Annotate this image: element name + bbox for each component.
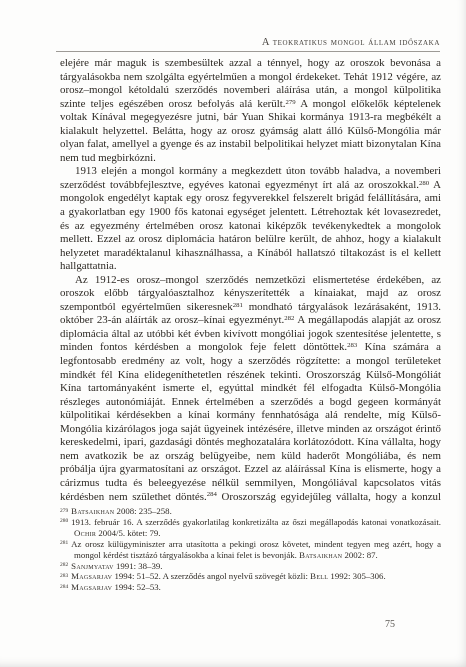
author-name-smallcaps: Batsaikhan (71, 506, 114, 516)
author-name-smallcaps: Bell (310, 571, 328, 581)
footnote-ref: 282 (284, 315, 294, 322)
footnote-ref: 284 (207, 491, 217, 498)
footnote-number: 280 (60, 518, 68, 524)
footnote-ref: 281 (233, 302, 243, 309)
body-paragraph: Az 1912-es orosz–mongol szerződés nemzet… (60, 274, 441, 504)
book-page: A teokratikus mongol állam időszaka elej… (0, 0, 466, 667)
author-name-smallcaps: Batsaikhan (299, 550, 342, 560)
author-name-smallcaps: Ochir (74, 528, 96, 538)
footnotes: 279Batsaikhan 2008: 235–258.2801913. feb… (60, 506, 441, 593)
page-number: 75 (374, 619, 406, 630)
body-text: elejére már maguk is szembesültek azzal … (60, 57, 441, 504)
footnote-number: 283 (60, 573, 68, 579)
footnote-number: 282 (60, 562, 68, 568)
footnote: 279Batsaikhan 2008: 235–258. (60, 506, 441, 517)
author-name-smallcaps: Magsarjav (71, 582, 112, 592)
author-name-smallcaps: Magsarjav (71, 571, 112, 581)
body-paragraph: 1913 elején a mongol kormány a megkezdet… (60, 165, 441, 273)
footnote-ref: 279 (286, 99, 296, 106)
footnote: 284Magsarjav 1994: 52–53. (60, 582, 441, 593)
author-name-smallcaps: Sanjmyatav (71, 561, 114, 571)
footnote-number: 281 (60, 540, 68, 546)
footnote: 282Sanjmyatav 1991: 38–39. (60, 561, 441, 572)
body-paragraph: elejére már maguk is szembesültek azzal … (60, 57, 441, 165)
footnote: 283Magsarjav 1994: 51–52. A szerződés an… (60, 571, 441, 582)
footnote: 2801913. február 16. A szerződés gyakorl… (60, 517, 441, 539)
footnote-ref: 283 (347, 342, 357, 349)
footnote-number: 284 (60, 584, 68, 590)
footnote: 281Az orosz külügyminiszter arra utasíto… (60, 539, 441, 561)
footnote-number: 279 (60, 508, 68, 514)
footnote-ref: 280 (419, 180, 429, 187)
running-header: A teokratikus mongol állam időszaka (56, 37, 440, 52)
